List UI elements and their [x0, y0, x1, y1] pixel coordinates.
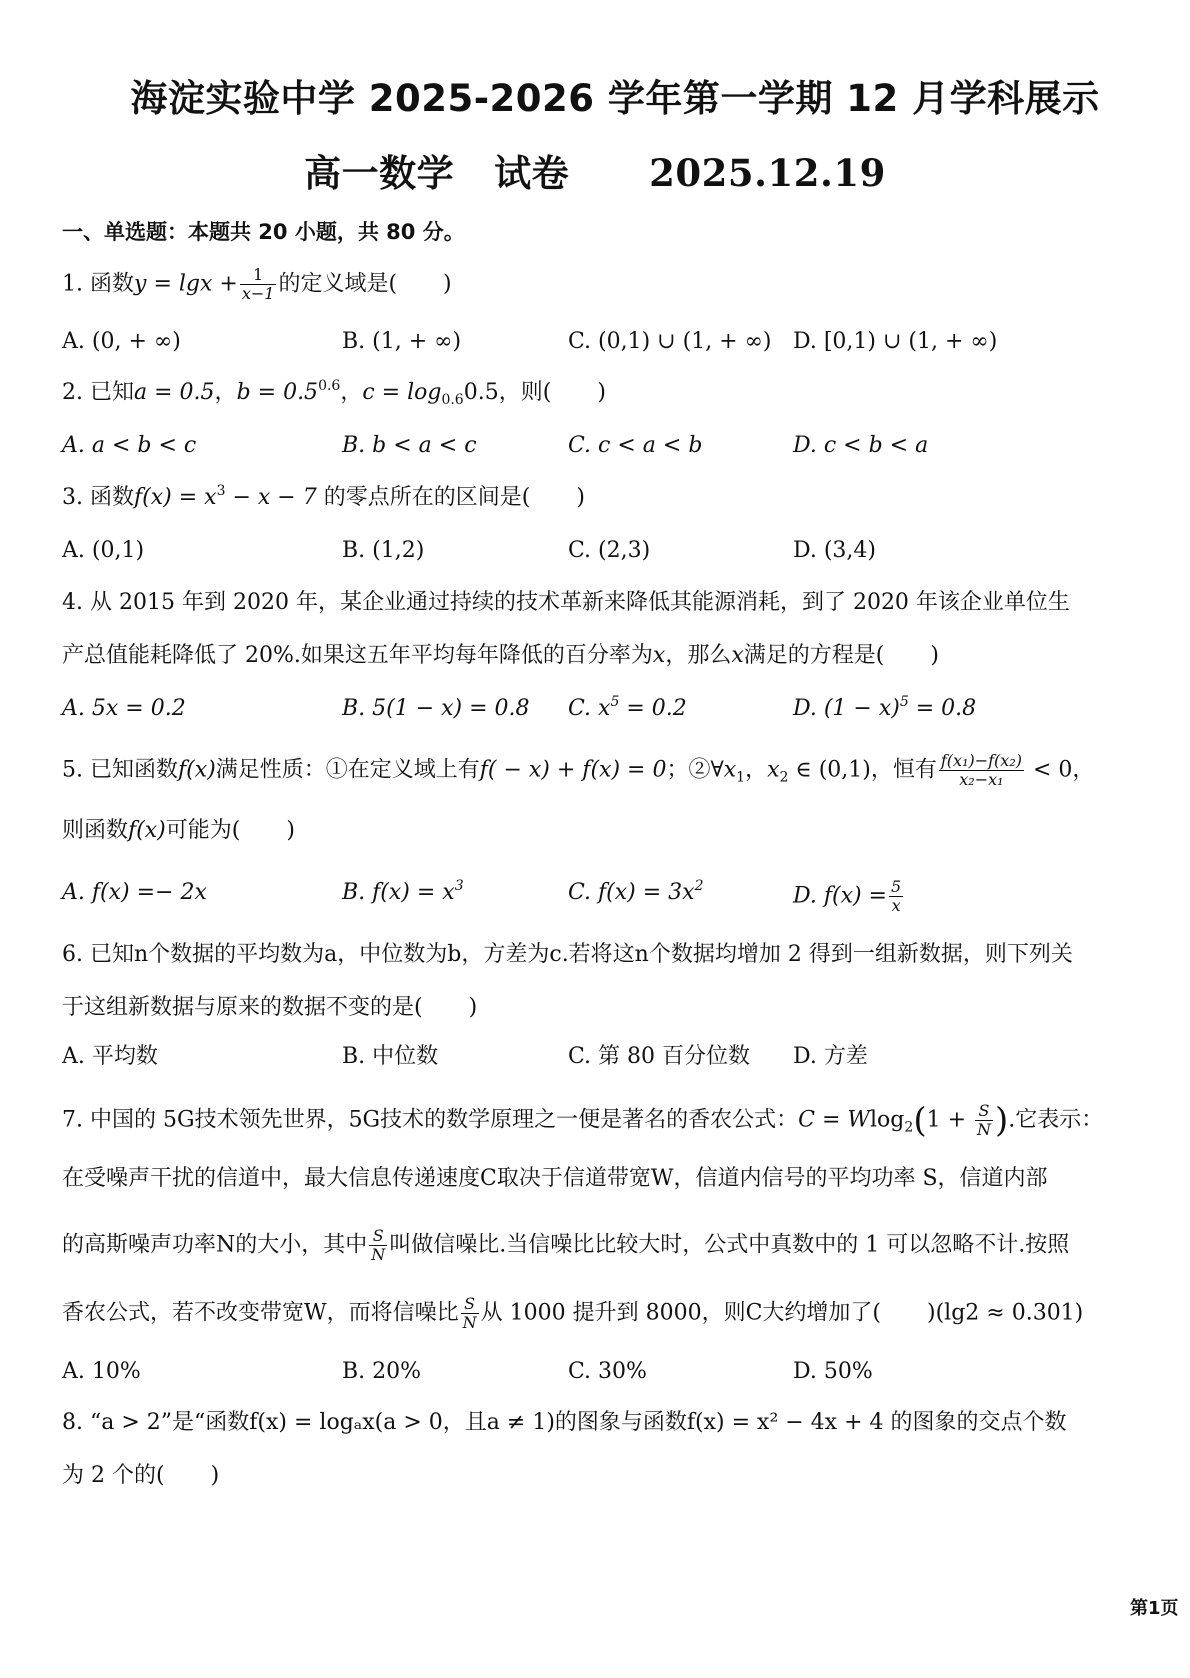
q6-option-a[interactable]: A. 平均数	[62, 1042, 158, 1072]
question-1: 1. 函数y = lgx +1x−1的定义域是()	[62, 266, 452, 303]
q5-option-b[interactable]: B. f(x) = x3	[342, 878, 464, 908]
fraction: SN	[369, 1227, 387, 1264]
question-5-line-2: 则函数f(x)可能为()	[62, 816, 295, 846]
exam-date: 2025.12.19	[649, 151, 886, 195]
question-7-line-1: 7. 中国的 5G技术领先世界，5G技术的数学原理之一便是著名的香农公式：C =…	[62, 1102, 1103, 1139]
question-3: 3. 函数f(x) = x3 − x − 7 的零点所在的区间是()	[62, 483, 585, 513]
q4-option-b[interactable]: B. 5(1 − x) = 0.8	[342, 694, 530, 724]
q3-option-b[interactable]: B. (1,2)	[342, 536, 424, 566]
q1-option-a[interactable]: A. (0, + ∞)	[62, 327, 181, 357]
q1-option-c[interactable]: C. (0,1) ∪ (1, + ∞)	[568, 327, 772, 357]
q2-option-d[interactable]: D. c < b < a	[793, 431, 928, 461]
question-4-line-1: 4. 从 2015 年到 2020 年，某企业通过持续的技术革新来降低其能源消耗…	[62, 588, 1070, 618]
q3-option-c[interactable]: C. (2,3)	[568, 536, 650, 566]
q6-option-b[interactable]: B. 中位数	[342, 1042, 438, 1072]
q5-option-c[interactable]: C. f(x) = 3x2	[568, 878, 704, 908]
q2-option-b[interactable]: B. b < a < c	[342, 431, 477, 461]
q4-option-c[interactable]: C. x5 = 0.2	[568, 694, 687, 724]
section-heading: 一、单选题：本题共 20 小题，共 80 分。	[62, 216, 465, 246]
q4-option-d[interactable]: D. (1 − x)5 = 0.8	[793, 694, 976, 724]
question-8-line-1: 8. “a > 2”是“函数f(x) = logₐx(a > 0，且a ≠ 1)…	[62, 1408, 1067, 1438]
question-6-line-2: 于这组新数据与原来的数据不变的是()	[62, 993, 477, 1023]
exam-title: 海淀实验中学 2025-2026 学年第一学期 12 月学科展示	[0, 68, 1190, 122]
paper-type: 试卷	[494, 143, 569, 197]
page-number: 第1页	[1130, 1594, 1190, 1620]
question-2: 2. 已知a = 0.5，b = 0.50.6，c = log0.60.5，则(…	[62, 378, 606, 408]
q2-option-a[interactable]: A. a < b < c	[62, 431, 196, 461]
question-7-line-4: 香农公式，若不改变带宽W，而将信噪比SN从 1000 提升到 8000，则C大约…	[62, 1295, 1083, 1332]
question-7-line-3: 的高斯噪声功率N的大小，其中SN叫做信噪比.当信噪比比较大时，公式中真数中的 1…	[62, 1227, 1069, 1264]
subject: 高一数学	[304, 143, 454, 197]
q5-option-d[interactable]: D. f(x) =5x	[793, 878, 905, 915]
question-5-line-1: 5. 已知函数f(x)满足性质：①在定义域上有f( − x) + f(x) = …	[62, 752, 1094, 789]
question-6-line-1: 6. 已知n个数据的平均数为a，中位数为b，方差为c.若将这n个数据均增加 2 …	[62, 940, 1073, 970]
q7-option-b[interactable]: B. 20%	[342, 1357, 421, 1387]
fraction: SN	[461, 1295, 479, 1332]
q2-option-c[interactable]: C. c < a < b	[568, 431, 702, 461]
q3-option-a[interactable]: A. (0,1)	[62, 536, 144, 566]
q7-option-a[interactable]: A. 10%	[62, 1357, 141, 1387]
fraction: 1x−1	[240, 266, 277, 303]
fraction: 5x	[889, 878, 903, 915]
q6-option-c[interactable]: C. 第 80 百分位数	[568, 1042, 750, 1072]
exam-subtitle: 高一数学试卷2025.12.19	[0, 143, 1190, 197]
q4-option-a[interactable]: A. 5x = 0.2	[62, 694, 186, 724]
question-7-line-2: 在受噪声干扰的信道中，最大信息传递速度C取决于信道带宽W，信道内信号的平均功率 …	[62, 1164, 1048, 1194]
q1-option-b[interactable]: B. (1, + ∞)	[342, 327, 461, 357]
q6-option-d[interactable]: D. 方差	[793, 1042, 868, 1072]
question-8-line-2: 为 2 个的()	[62, 1461, 219, 1491]
q3-option-d[interactable]: D. (3,4)	[793, 536, 876, 566]
fraction: SN	[975, 1102, 993, 1139]
q5-option-a[interactable]: A. f(x) =− 2x	[62, 878, 207, 908]
question-4-line-2: 产总值能耗降低了 20%.如果这五年平均每年降低的百分率为x，那么x满足的方程是…	[62, 641, 939, 671]
q1-option-d[interactable]: D. [0,1) ∪ (1, + ∞)	[793, 327, 997, 357]
fraction: f(x₁)−f(x₂)x₂−x₁	[939, 752, 1024, 789]
q7-option-d[interactable]: D. 50%	[793, 1357, 873, 1387]
q7-option-c[interactable]: C. 30%	[568, 1357, 647, 1387]
